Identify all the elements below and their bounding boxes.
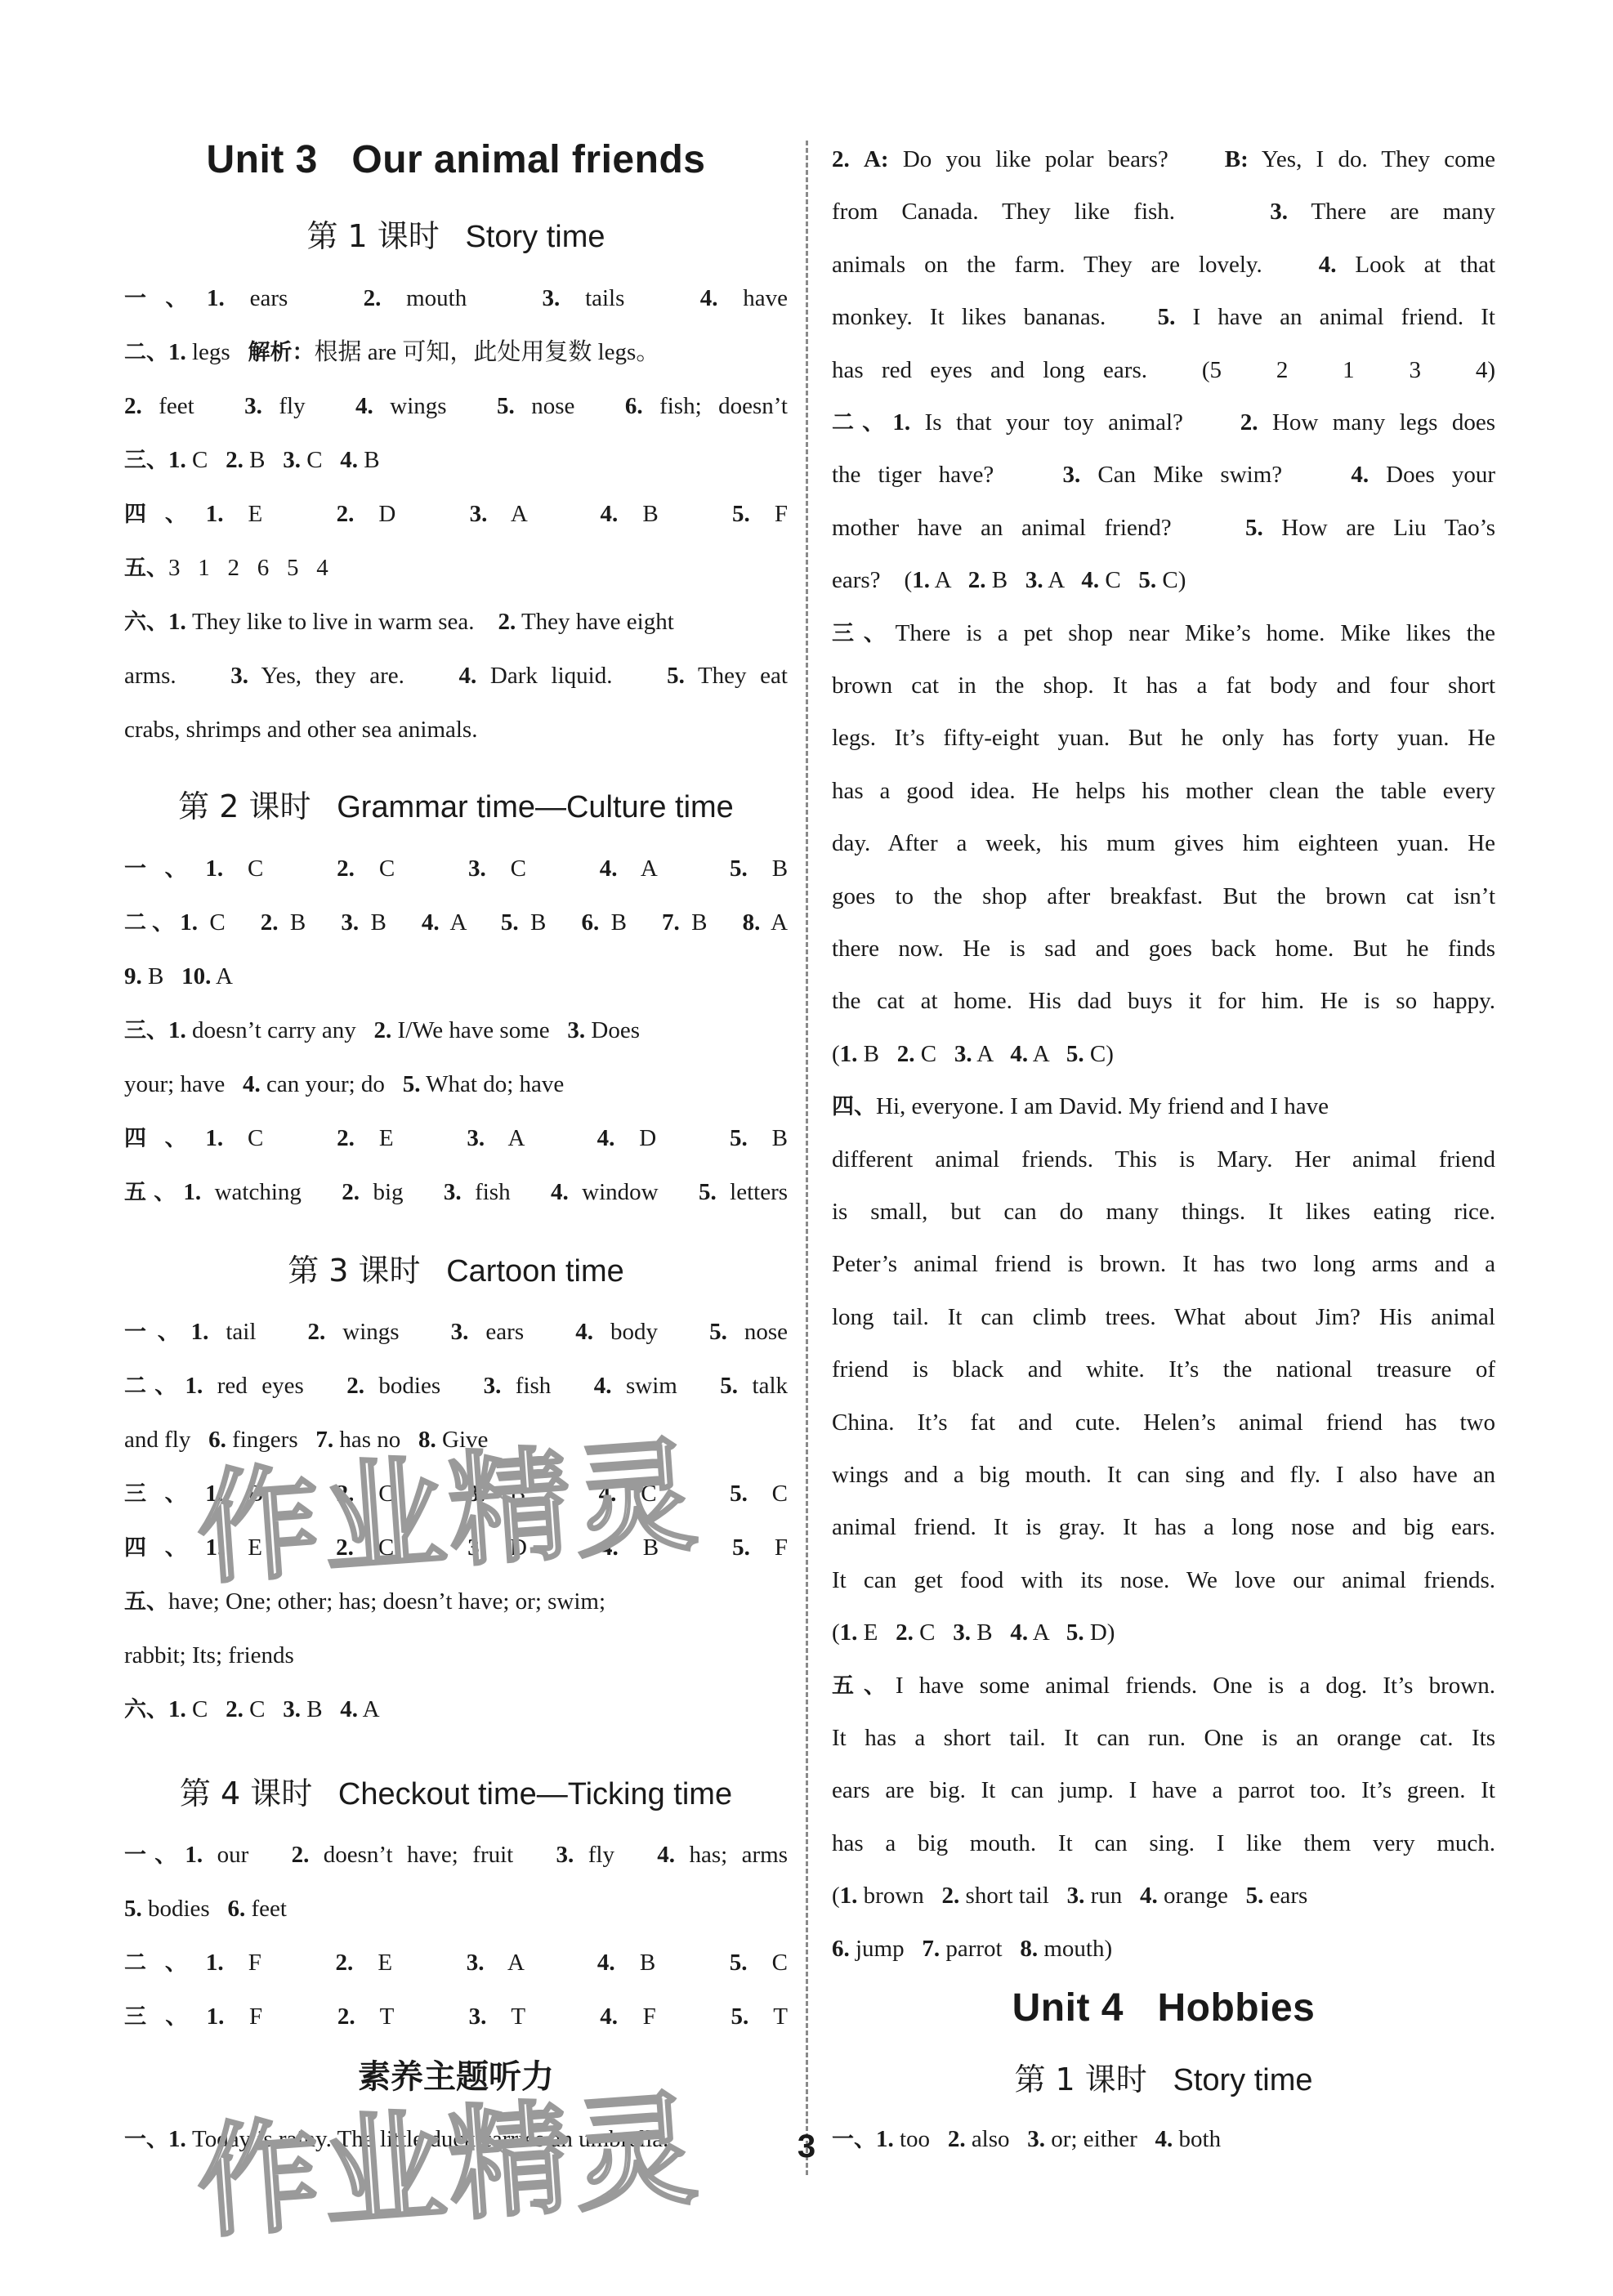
answer-line: the cat at home. His dad buys it for him…: [832, 985, 1495, 1017]
answer-line: 2. A: Do you like polar bears? B: Yes, I…: [832, 143, 1495, 176]
answer-line: brown cat in the shop. It has a fat body…: [832, 669, 1495, 702]
lesson-name: Story time: [1147, 2063, 1313, 2097]
answer-line: arms. 3. Yes, they are. 4. Dark liquid. …: [124, 659, 788, 692]
answer-line: crabs, shrimps and other sea animals.: [124, 713, 788, 746]
answer-line: 6. jump 7. parrot 8. mouth): [832, 1932, 1495, 1965]
answer-line: wings and a big mouth. It can sing and f…: [832, 1458, 1495, 1491]
answer-line: has red eyes and long ears. (5 2 1 3 4): [832, 354, 1495, 386]
lesson-number: 第 1 课时: [1014, 2061, 1146, 2097]
lesson-name: Cartoon time: [421, 1254, 624, 1289]
answer-line: from Canada. They like fish. 3. There ar…: [832, 195, 1495, 228]
answer-line: It can get food with its nose. We love o…: [832, 1564, 1495, 1597]
answer-line: 四、Hi, everyone. I am David. My friend an…: [832, 1090, 1495, 1123]
answer-line: animals on the farm. They are lovely. 4.…: [832, 248, 1495, 281]
answer-line: 三、1. B 2. C 3. B 4. C 5. C: [124, 1477, 788, 1510]
answer-line: 三、1. doesn’t carry any 2. I/We have some…: [124, 1014, 788, 1047]
answer-line: 五、have; One; other; has; doesn’t have; o…: [124, 1585, 788, 1619]
unit-4-title: Unit 4 Hobbies: [832, 1986, 1495, 2030]
answer-line: 五、I have some animal friends. One is a d…: [832, 1669, 1495, 1702]
answer-line: 5. bodies 6. feet: [124, 1892, 788, 1925]
answer-line: 一、1. our 2. doesn’t have; fruit 3. fly 4…: [124, 1838, 788, 1871]
answer-line: 一、1. tail 2. wings 3. ears 4. body 5. no…: [124, 1316, 788, 1348]
lesson-title-3: 第 3 课时 Cartoon time: [124, 1245, 788, 1290]
answer-line: 五、1. watching 2. big 3. fish 4. window 5…: [124, 1176, 788, 1208]
answer-line: your; have 4. can your; do 5. What do; h…: [124, 1068, 788, 1101]
answer-line: 一、1. ears 2. mouth 3. tails 4. have: [124, 282, 788, 315]
page-number: 3: [0, 2128, 1613, 2165]
answer-line: different animal friends. This is Mary. …: [832, 1143, 1495, 1176]
lesson-number: 第 4 课时: [180, 1776, 312, 1811]
answer-line: 五、3 1 2 6 5 4: [124, 552, 788, 585]
answer-line: mother have an animal friend? 5. How are…: [832, 511, 1495, 544]
answer-line: rabbit; Its; friends: [124, 1639, 788, 1672]
answer-line: 二、1. F 2. E 3. A 4. B 5. C: [124, 1946, 788, 1979]
answer-line: (1. brown 2. short tail 3. run 4. orange…: [832, 1879, 1495, 1912]
lesson-name: Story time: [440, 220, 605, 254]
answer-line: ears? (1. A 2. B 3. A 4. C 5. C): [832, 564, 1495, 596]
answer-line: Peter’s animal friend is brown. It has t…: [832, 1248, 1495, 1280]
lesson-title-1: 第 1 课时 Story time: [124, 211, 788, 256]
answer-line: goes to the shop after breakfast. But th…: [832, 880, 1495, 913]
answer-line: 三、1. C 2. B 3. C 4. B: [124, 444, 788, 477]
answer-line: the tiger have? 3. Can Mike swim? 4. Doe…: [832, 458, 1495, 491]
answer-line: (1. E 2. C 3. B 4. A 5. D): [832, 1616, 1495, 1649]
answer-line: 六、1. They like to live in warm sea. 2. T…: [124, 605, 788, 639]
lesson-number: 第 1 课时: [306, 218, 439, 254]
column-divider: [806, 141, 808, 2175]
answer-line: 9. B 10. A: [124, 960, 788, 993]
answer-line: has a good idea. He helps his mother cle…: [832, 775, 1495, 807]
answer-line: It has a short tail. It can run. One is …: [832, 1722, 1495, 1754]
answer-line: is small, but can do many things. It lik…: [832, 1195, 1495, 1228]
answer-line: and fly 6. fingers 7. has no 8. Give: [124, 1423, 788, 1456]
answer-line: there now. He is sad and goes back home.…: [832, 932, 1495, 965]
unit-4-lesson-title-1: 第 1 课时 Story time: [832, 2054, 1495, 2099]
answer-line: 二、1. legs 解析：根据 are 可知，此处用复数 legs。: [124, 336, 788, 369]
answer-line: monkey. It likes bananas. 5. I have an a…: [832, 301, 1495, 333]
answer-line: 四、1. E 2. D 3. A 4. B 5. F: [124, 498, 788, 530]
answer-line: (1. B 2. C 3. A 4. A 5. C): [832, 1038, 1495, 1070]
answer-line: day. After a week, his mum gives him eig…: [832, 827, 1495, 860]
answer-line: ears are big. It can jump. I have a parr…: [832, 1774, 1495, 1807]
answer-line: animal friend. It is gray. It has a long…: [832, 1511, 1495, 1543]
answer-line: 二、1. red eyes 2. bodies 3. fish 4. swim …: [124, 1369, 788, 1402]
answer-line: 四、1. C 2. E 3. A 4. D 5. B: [124, 1122, 788, 1155]
lesson-name: Checkout time—Ticking time: [312, 1777, 732, 1811]
answer-line: 一、1. C 2. C 3. C 4. A 5. B: [124, 852, 788, 885]
unit-3-title: Unit 3 Our animal friends: [124, 137, 788, 182]
answer-line: long tail. It can climb trees. What abou…: [832, 1301, 1495, 1333]
lesson-title-2: 第 2 课时 Grammar time—Culture time: [124, 781, 788, 826]
answer-line: 三、1. F 2. T 3. T 4. F 5. T: [124, 2000, 788, 2033]
lesson-number: 第 3 课时: [288, 1253, 420, 1289]
answer-line: 六、1. C 2. C 3. B 4. A: [124, 1693, 788, 1726]
answer-line: 2. feet 3. fly 4. wings 5. nose 6. fish;…: [124, 390, 788, 422]
answer-line: China. It’s fat and cute. Helen’s animal…: [832, 1406, 1495, 1439]
listening-section-title: 素养主题听力: [124, 2051, 788, 2097]
answer-line: 三、There is a pet shop near Mike’s home. …: [832, 617, 1495, 650]
answer-line: 四、1. E 2. C 3. D 4. B 5. F: [124, 1531, 788, 1564]
answer-line: friend is black and white. It’s the nati…: [832, 1353, 1495, 1386]
lesson-name: Grammar time—Culture time: [311, 790, 734, 824]
answer-line: has a big mouth. It can sing. I like the…: [832, 1827, 1495, 1860]
answer-line: legs. It’s fifty-eight yuan. But he only…: [832, 721, 1495, 754]
lesson-number: 第 2 课时: [178, 788, 311, 824]
answer-line: 二、1. C 2. B 3. B 4. A 5. B 6. B 7. B 8. …: [124, 906, 788, 939]
lesson-title-4: 第 4 课时 Checkout time—Ticking time: [124, 1768, 788, 1813]
answer-line: 二、1. Is that your toy animal? 2. How man…: [832, 406, 1495, 439]
